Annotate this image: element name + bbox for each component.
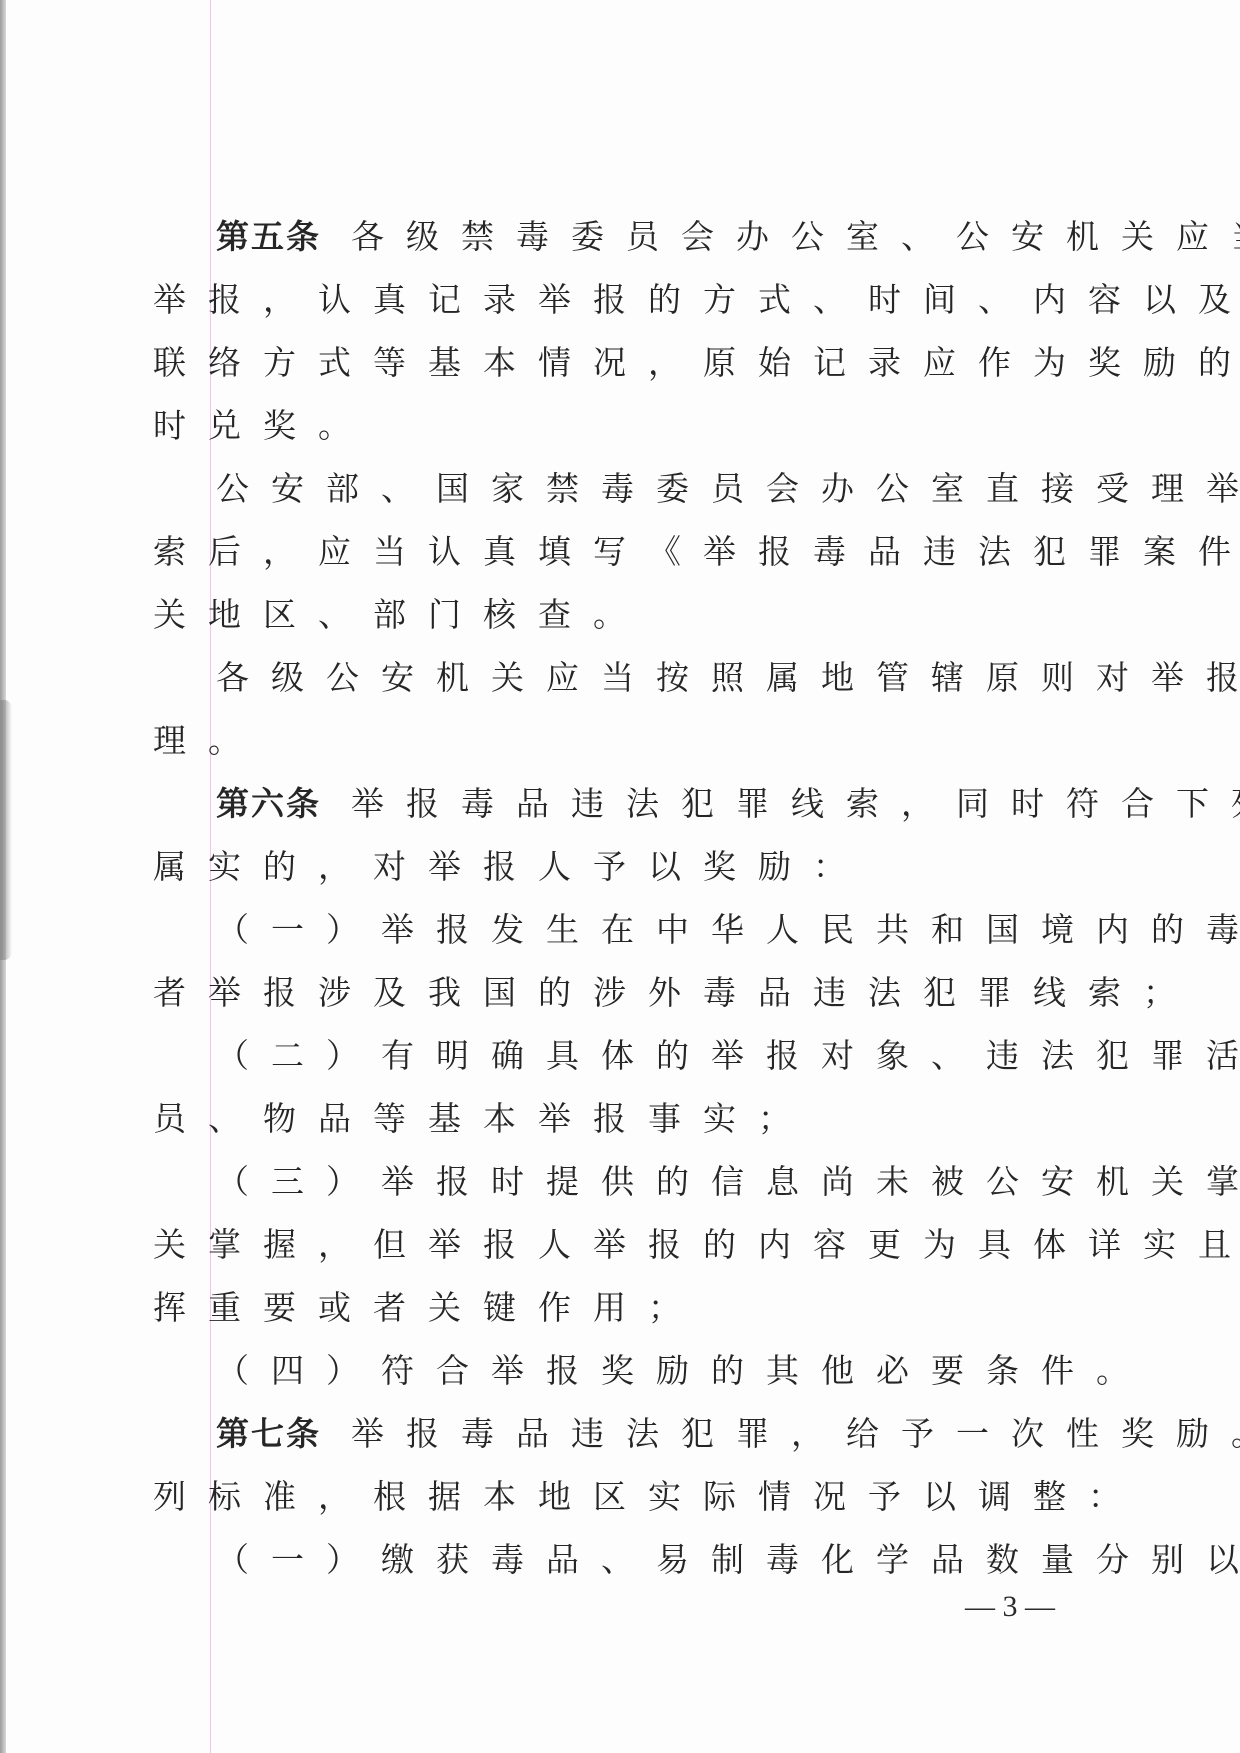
article-7-item-1-line-1: （一）缴获毒品、易制毒化学品数量分别以海洛因、麻黄碱为 <box>216 1535 1097 1585</box>
article-6-line-2: 属实的，对举报人予以奖励： <box>153 842 1097 892</box>
line-text: 举报毒品违法犯罪线索，同时符合下列条件，经查证 <box>351 784 1240 823</box>
article-6-item-1-line-1: （一）举报发生在中华人民共和国境内的毒品违法犯罪案件或 <box>216 905 1097 955</box>
article-6-item-2-line-1: （二）有明确具体的举报对象、违法犯罪活动时间、地点、人 <box>216 1031 1097 1081</box>
article-5-line-2: 举报，认真记录举报的方式、时间、内容以及举报人的身份信息、 <box>153 275 1097 325</box>
article-6-item-1-line-2: 者举报涉及我国的涉外毒品违法犯罪线索； <box>153 968 1097 1018</box>
scan-fold-shadow <box>0 700 12 960</box>
article-5-line-4: 时兑奖。 <box>153 401 1097 451</box>
article-6-item-3-line-2: 关掌握，但举报人举报的内容更为具体详实且在案件侦破过程中发 <box>153 1220 1097 1270</box>
article-6-line-1: 第六条举报毒品违法犯罪线索，同时符合下列条件，经查证 <box>216 779 1097 829</box>
article-7-line-2: 列标准，根据本地区实际情况予以调整： <box>153 1472 1097 1522</box>
article-5-para-3-line-1: 各级公安机关应当按照属地管辖原则对举报线索及时调查处 <box>216 653 1097 703</box>
article-5-para-2-line-1: 公安部、国家禁毒委员会办公室直接受理举报毒品违法犯罪线 <box>216 464 1097 514</box>
document-page: 第五条各级禁毒委员会办公室、公安机关应当及时受理群众 举报，认真记录举报的方式、… <box>0 0 1240 1753</box>
article-heading-6: 第六条 <box>216 784 321 823</box>
page-number: — 3 — <box>955 1585 1065 1629</box>
article-5-para-2-line-2: 索后，应当认真填写《举报毒品违法犯罪案件登记表》，及时转交相 <box>153 527 1097 577</box>
article-heading-5: 第五条 <box>216 217 321 256</box>
article-7-line-1: 第七条举报毒品违法犯罪，给予一次性奖励。各地可参照下 <box>216 1409 1097 1459</box>
article-5-para-3-line-2: 理。 <box>153 716 1097 766</box>
article-6-item-2-line-2: 员、物品等基本举报事实； <box>153 1094 1097 1144</box>
line-text: 各级禁毒委员会办公室、公安机关应当及时受理群众 <box>351 217 1240 256</box>
article-6-item-4-line-1: （四）符合举报奖励的其他必要条件。 <box>216 1346 1097 1396</box>
article-5-line-1: 第五条各级禁毒委员会办公室、公安机关应当及时受理群众 <box>216 212 1097 262</box>
article-6-item-3-line-3: 挥重要或者关键作用； <box>153 1283 1097 1333</box>
line-text: 举报毒品违法犯罪，给予一次性奖励。各地可参照下 <box>351 1414 1240 1453</box>
article-5-line-3: 联络方式等基本情况，原始记录应作为奖励的重要依据，破案后及 <box>153 338 1097 388</box>
article-6-item-3-line-1: （三）举报时提供的信息尚未被公安机关掌握，或虽被公安机 <box>216 1157 1097 1207</box>
article-5-para-2-line-3: 关地区、部门核查。 <box>153 590 1097 640</box>
article-heading-7: 第七条 <box>216 1414 321 1453</box>
